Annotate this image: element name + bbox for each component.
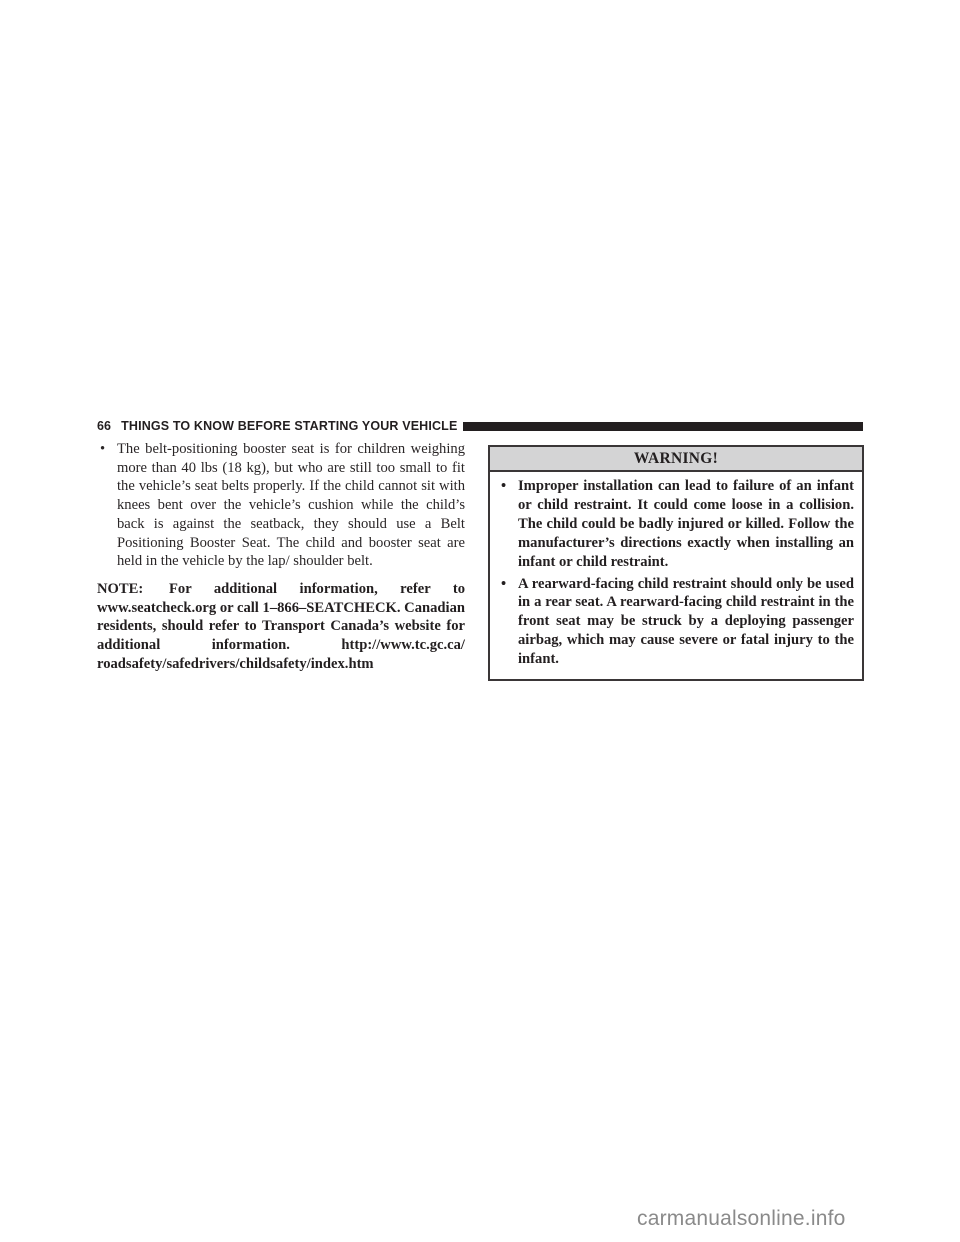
bullet-icon: •	[501, 575, 506, 594]
bullet-icon: •	[100, 440, 105, 459]
warning-item-installation: • Improper installation can lead to fail…	[498, 477, 854, 572]
bullet-icon: •	[501, 477, 506, 496]
page-header: 66 THINGS TO KNOW BEFORE STARTING YOUR V…	[97, 418, 863, 434]
warning-body: • Improper installation can lead to fail…	[490, 472, 862, 679]
note-label: NOTE:	[97, 580, 169, 599]
warning-title: WARNING!	[490, 447, 862, 472]
note-paragraph: NOTE:For additional information, refer t…	[97, 580, 465, 674]
header-rule-bar	[463, 422, 863, 431]
booster-seat-bullet: • The belt-positioning booster seat is f…	[97, 440, 465, 571]
warning-box: WARNING! • Improper installation can lea…	[488, 445, 864, 681]
bullet-text: The belt-positioning booster seat is for…	[117, 441, 465, 569]
page-number: 66	[97, 419, 111, 433]
left-column: • The belt-positioning booster seat is f…	[97, 440, 465, 673]
warning-item-rearward-facing: • A rearward-facing child restraint shou…	[498, 575, 854, 670]
section-title: THINGS TO KNOW BEFORE STARTING YOUR VEHI…	[121, 419, 457, 433]
watermark: carmanualsonline.info	[637, 1207, 846, 1231]
warning-item-text: Improper installation can lead to failur…	[518, 478, 854, 570]
warning-item-text: A rearward-facing child restraint should…	[518, 576, 854, 668]
